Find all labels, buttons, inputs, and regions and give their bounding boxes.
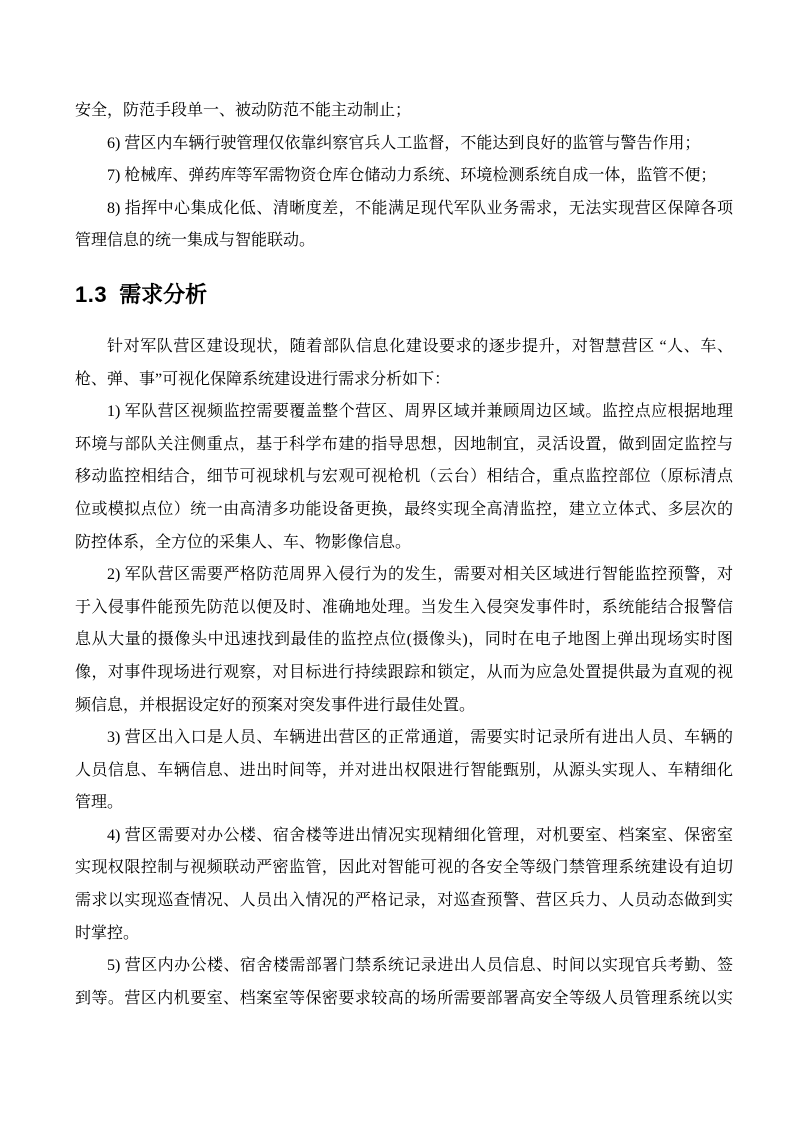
list-item-4: 4) 营区需要对办公楼、宿舍楼等进出情况实现精细化管理，对机要室、档案室、保密室… (75, 820, 733, 950)
intro-paragraph: 针对军队营区建设现状，随着部队信息化建设要求的逐步提升，对智慧营区 “人、车、枪… (75, 331, 733, 396)
text-line: 移动监控相结合，细节可视球机与宏观可视枪机（云台）相结合，重点监控部位（原标清点 (75, 461, 733, 494)
list-item-5: 5) 营区内办公楼、宿舍楼需部署门禁系统记录进出人员信息、时间以实现官兵考勤、签… (75, 950, 733, 1015)
heading-number: 1.3 (75, 282, 107, 307)
list-item-7: 7) 枪械库、弹药库等军需物资仓库仓储动力系统、环境检测系统自成一体，监管不便； (75, 160, 733, 193)
text-line: 实现权限控制与视频联动严密监管，因此对智能可视的各安全等级门禁管理系统建设有迫切 (75, 852, 733, 885)
text-line: 像，对事件现场进行观察，对目标进行持续跟踪和锁定，从而为应急处置提供最为直观的视 (75, 657, 733, 690)
text-line: 人员信息、车辆信息、进出时间等，并对进出权限进行智能甄别，从源头实现人、车精细化 (75, 755, 733, 788)
text-line: 针对军队营区建设现状，随着部队信息化建设要求的逐步提升，对智慧营区 “人、车、 (75, 331, 733, 364)
text-line: 位或模拟点位）统一由高清多功能设备更换，最终实现全高清监控，建立立体式、多层次的 (75, 494, 733, 527)
list-item-2: 2) 军队营区需要严格防范周界入侵行为的发生，需要对相关区域进行智能监控预警，对… (75, 559, 733, 722)
text-line: 枪、弹、事”可视化保障系统建设进行需求分析如下： (75, 364, 733, 397)
list-item-1: 1) 军队营区视频监控需要覆盖整个营区、周界区域并兼顾周边区域。监控点应根据地理… (75, 396, 733, 559)
text-line: 于入侵事件能预先防范以便及时、准确地处理。当发生入侵突发事件时，系统能结合报警信 (75, 592, 733, 625)
document-body: 安全，防范手段单一、被动防范不能主动制止；6) 营区内车辆行驶管理仅依靠纠察官兵… (75, 95, 733, 1015)
text-line: 需求以实现巡查情况、人员出入情况的严格记录，对巡查预警、营区兵力、人员动态做到实 (75, 885, 733, 918)
text-line: 时掌控。 (75, 918, 733, 951)
paragraph-continuation: 安全，防范手段单一、被动防范不能主动制止； (75, 95, 733, 128)
heading-title: 需求分析 (119, 282, 207, 307)
text-line: 管理。 (75, 787, 733, 820)
text-line: 安全，防范手段单一、被动防范不能主动制止； (75, 95, 733, 128)
list-item-8: 8) 指挥中心集成化低、清晰度差，不能满足现代军队业务需求，无法实现营区保障各项… (75, 193, 733, 258)
text-line: 环境与部队关注侧重点，基于科学布建的指导思想，因地制宜，灵活设置，做到固定监控与 (75, 429, 733, 462)
text-line: 管理信息的统一集成与智能联动。 (75, 225, 733, 258)
text-line: 到等。营区内机要室、档案室等保密要求较高的场所需要部署高安全等级人员管理系统以实 (75, 983, 733, 1016)
list-item-6: 6) 营区内车辆行驶管理仅依靠纠察官兵人工监督，不能达到良好的监管与警告作用； (75, 128, 733, 161)
text-line: 息从大量的摄像头中迅速找到最佳的监控点位(摄像头)，同时在电子地图上弹出现场实时… (75, 624, 733, 657)
text-line: 7) 枪械库、弹药库等军需物资仓库仓储动力系统、环境检测系统自成一体，监管不便； (75, 160, 733, 193)
text-line: 5) 营区内办公楼、宿舍楼需部署门禁系统记录进出人员信息、时间以实现官兵考勤、签 (75, 950, 733, 983)
text-line: 防控体系，全方位的采集人、车、物影像信息。 (75, 527, 733, 560)
text-line: 3) 营区出入口是人员、车辆进出营区的正常通道，需要实时记录所有进出人员、车辆的 (75, 722, 733, 755)
text-line: 8) 指挥中心集成化低、清晰度差，不能满足现代军队业务需求，无法实现营区保障各项 (75, 193, 733, 226)
section-heading-1-3: 1.3需求分析 (75, 278, 733, 312)
text-line: 2) 军队营区需要严格防范周界入侵行为的发生，需要对相关区域进行智能监控预警，对 (75, 559, 733, 592)
text-line: 频信息，并根据设定好的预案对突发事件进行最佳处置。 (75, 690, 733, 723)
text-line: 4) 营区需要对办公楼、宿舍楼等进出情况实现精细化管理，对机要室、档案室、保密室 (75, 820, 733, 853)
text-line: 1) 军队营区视频监控需要覆盖整个营区、周界区域并兼顾周边区域。监控点应根据地理 (75, 396, 733, 429)
text-line: 6) 营区内车辆行驶管理仅依靠纠察官兵人工监督，不能达到良好的监管与警告作用； (75, 128, 733, 161)
document-page: 安全，防范手段单一、被动防范不能主动制止；6) 营区内车辆行驶管理仅依靠纠察官兵… (0, 0, 793, 1122)
list-item-3: 3) 营区出入口是人员、车辆进出营区的正常通道，需要实时记录所有进出人员、车辆的… (75, 722, 733, 820)
